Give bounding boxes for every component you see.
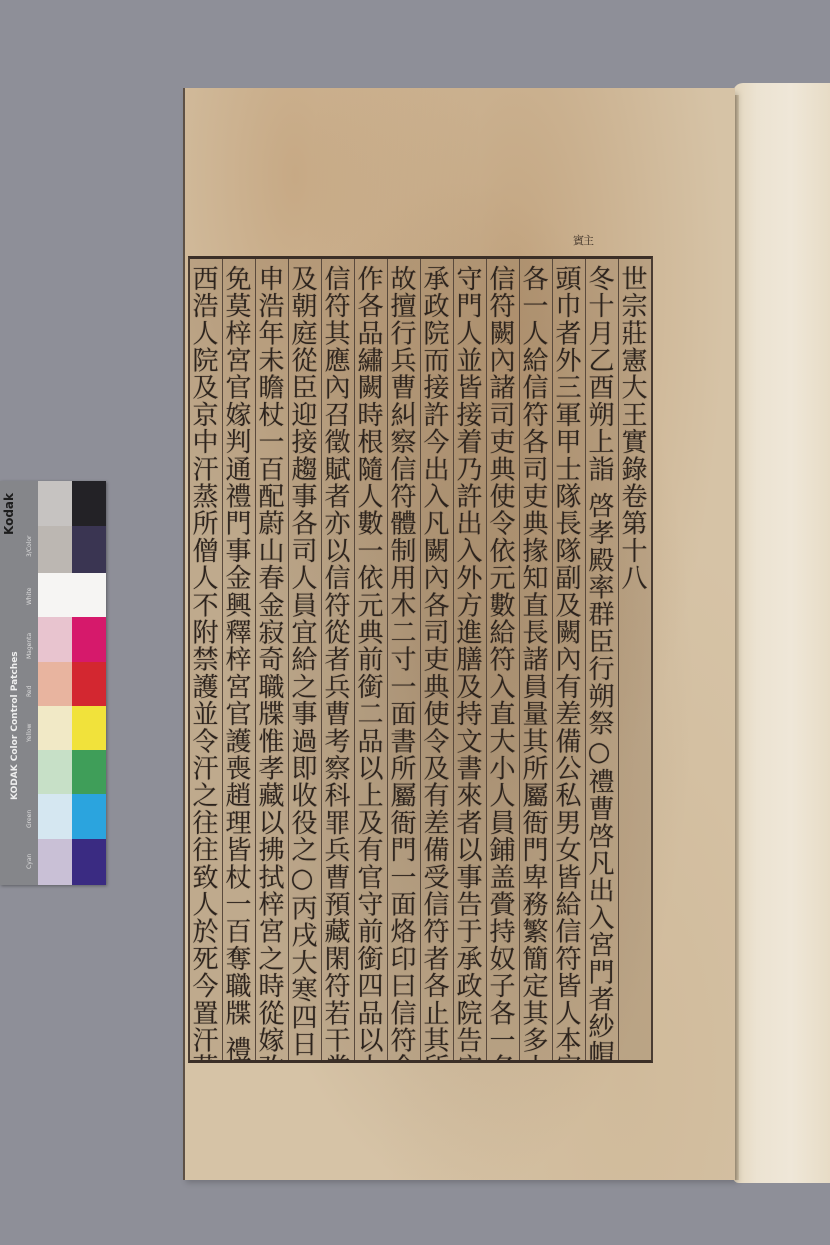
text-column: 各一人給信符各司吏典掾知直長諸員量其所屬衙門卑務繁簡定其多小亦給 xyxy=(519,259,552,1060)
woodblock-text-frame: 世宗莊憲大王實錄卷第十八冬十月乙酉朔上詣 啓孝殿率群臣行朔祭○禮曹啓凡出入宮門者… xyxy=(188,256,653,1063)
color-patch-white-solid xyxy=(72,573,106,617)
color-patch-yellow-tint xyxy=(38,706,72,750)
text-column: 承政院而接許今出入凡闕內各司吏典使令及有差備受信符者各止其所如有無 xyxy=(420,259,453,1060)
text-column: 西浩人院及京中汗蒸所僧人不附禁護並令汗之往往致人於死今置汗蒸所門外 xyxy=(190,259,222,1060)
color-patch-gray-mid-tint xyxy=(38,526,72,573)
text-column: 信符闕內諸司吏典使令依元數給符入直大小人員鋪盖賫持奴子各一名給符 xyxy=(486,259,519,1060)
document-title-column: 世宗莊憲大王實錄卷第十八 xyxy=(618,259,651,1060)
color-chart-label-strip: Kodak KODAK Color Control Patches Cyan G… xyxy=(0,481,40,885)
color-patch-gray-mid-solid xyxy=(72,526,106,573)
text-column: 作各品繡闕時根隨人數一依元典前銜二品以上及有官守前銜四品以上根隨者皆給 xyxy=(354,259,387,1060)
color-patch-cyan-solid xyxy=(72,794,106,839)
color-patch-cyan-tint xyxy=(38,794,72,839)
color-patch-white-tint xyxy=(38,573,72,617)
color-patch-magenta-tint xyxy=(38,617,72,662)
color-patch-blue-tint xyxy=(38,839,72,885)
color-chart-title: KODAK Color Control Patches xyxy=(10,601,24,851)
text-column: 信符其應內召徵賦者亦以信符從者兵曹考察科罪兵曹預藏閑符若干當其內宴 xyxy=(321,259,354,1060)
kodak-color-control-patches: Kodak KODAK Color Control Patches Cyan G… xyxy=(0,481,106,885)
color-patch-green-solid xyxy=(72,750,106,794)
text-column: 及朝庭從臣迎接趨事各司人員宜給之事過即收役之○丙戌大寒四日○視事○以 xyxy=(288,259,321,1060)
text-column: 申浩年未瞻杖一百配蔚山春金寂奇職牒惟孝藏以拂拭梓宮之時從嫁改差安得 xyxy=(255,259,288,1060)
color-patch-green-tint xyxy=(38,750,72,794)
text-column: 頭巾者外三軍甲士隊長隊副及闕內有差備公私男女皆給信符皆人本家人口 xyxy=(552,259,585,1060)
color-patch-gray-light-solid xyxy=(72,481,106,526)
text-column: 守門人並皆接着乃許出入外方進膳及持文書來者以事告于承政院告守門人告 xyxy=(453,259,486,1060)
color-patch-blue-solid xyxy=(72,839,106,885)
text-column: 免莫梓宮官嫁判通禮門事金興釋梓宮官護喪趙理皆杖一百奪職牒 禮曹啓果 xyxy=(222,259,255,1060)
color-patch-grid xyxy=(38,481,106,885)
color-patch-gray-light-tint xyxy=(38,481,72,526)
color-patch-magenta-solid xyxy=(72,617,106,662)
color-patch-red-solid xyxy=(72,662,106,706)
text-column: 故擅行兵曹糾察信符體制用木二寸一面書所屬衙門一面烙印曰信符令兵曹造 xyxy=(387,259,420,1060)
text-column: 冬十月乙酉朔上詣 啓孝殿率群臣行朔祭○禮曹啓凡出入宮門者紗帽及有角 xyxy=(585,259,618,1060)
color-patch-yellow-solid xyxy=(72,706,106,750)
page-number-mark: 賓主 xyxy=(573,232,593,248)
color-patch-red-tint xyxy=(38,662,72,706)
book-next-page xyxy=(733,83,830,1183)
